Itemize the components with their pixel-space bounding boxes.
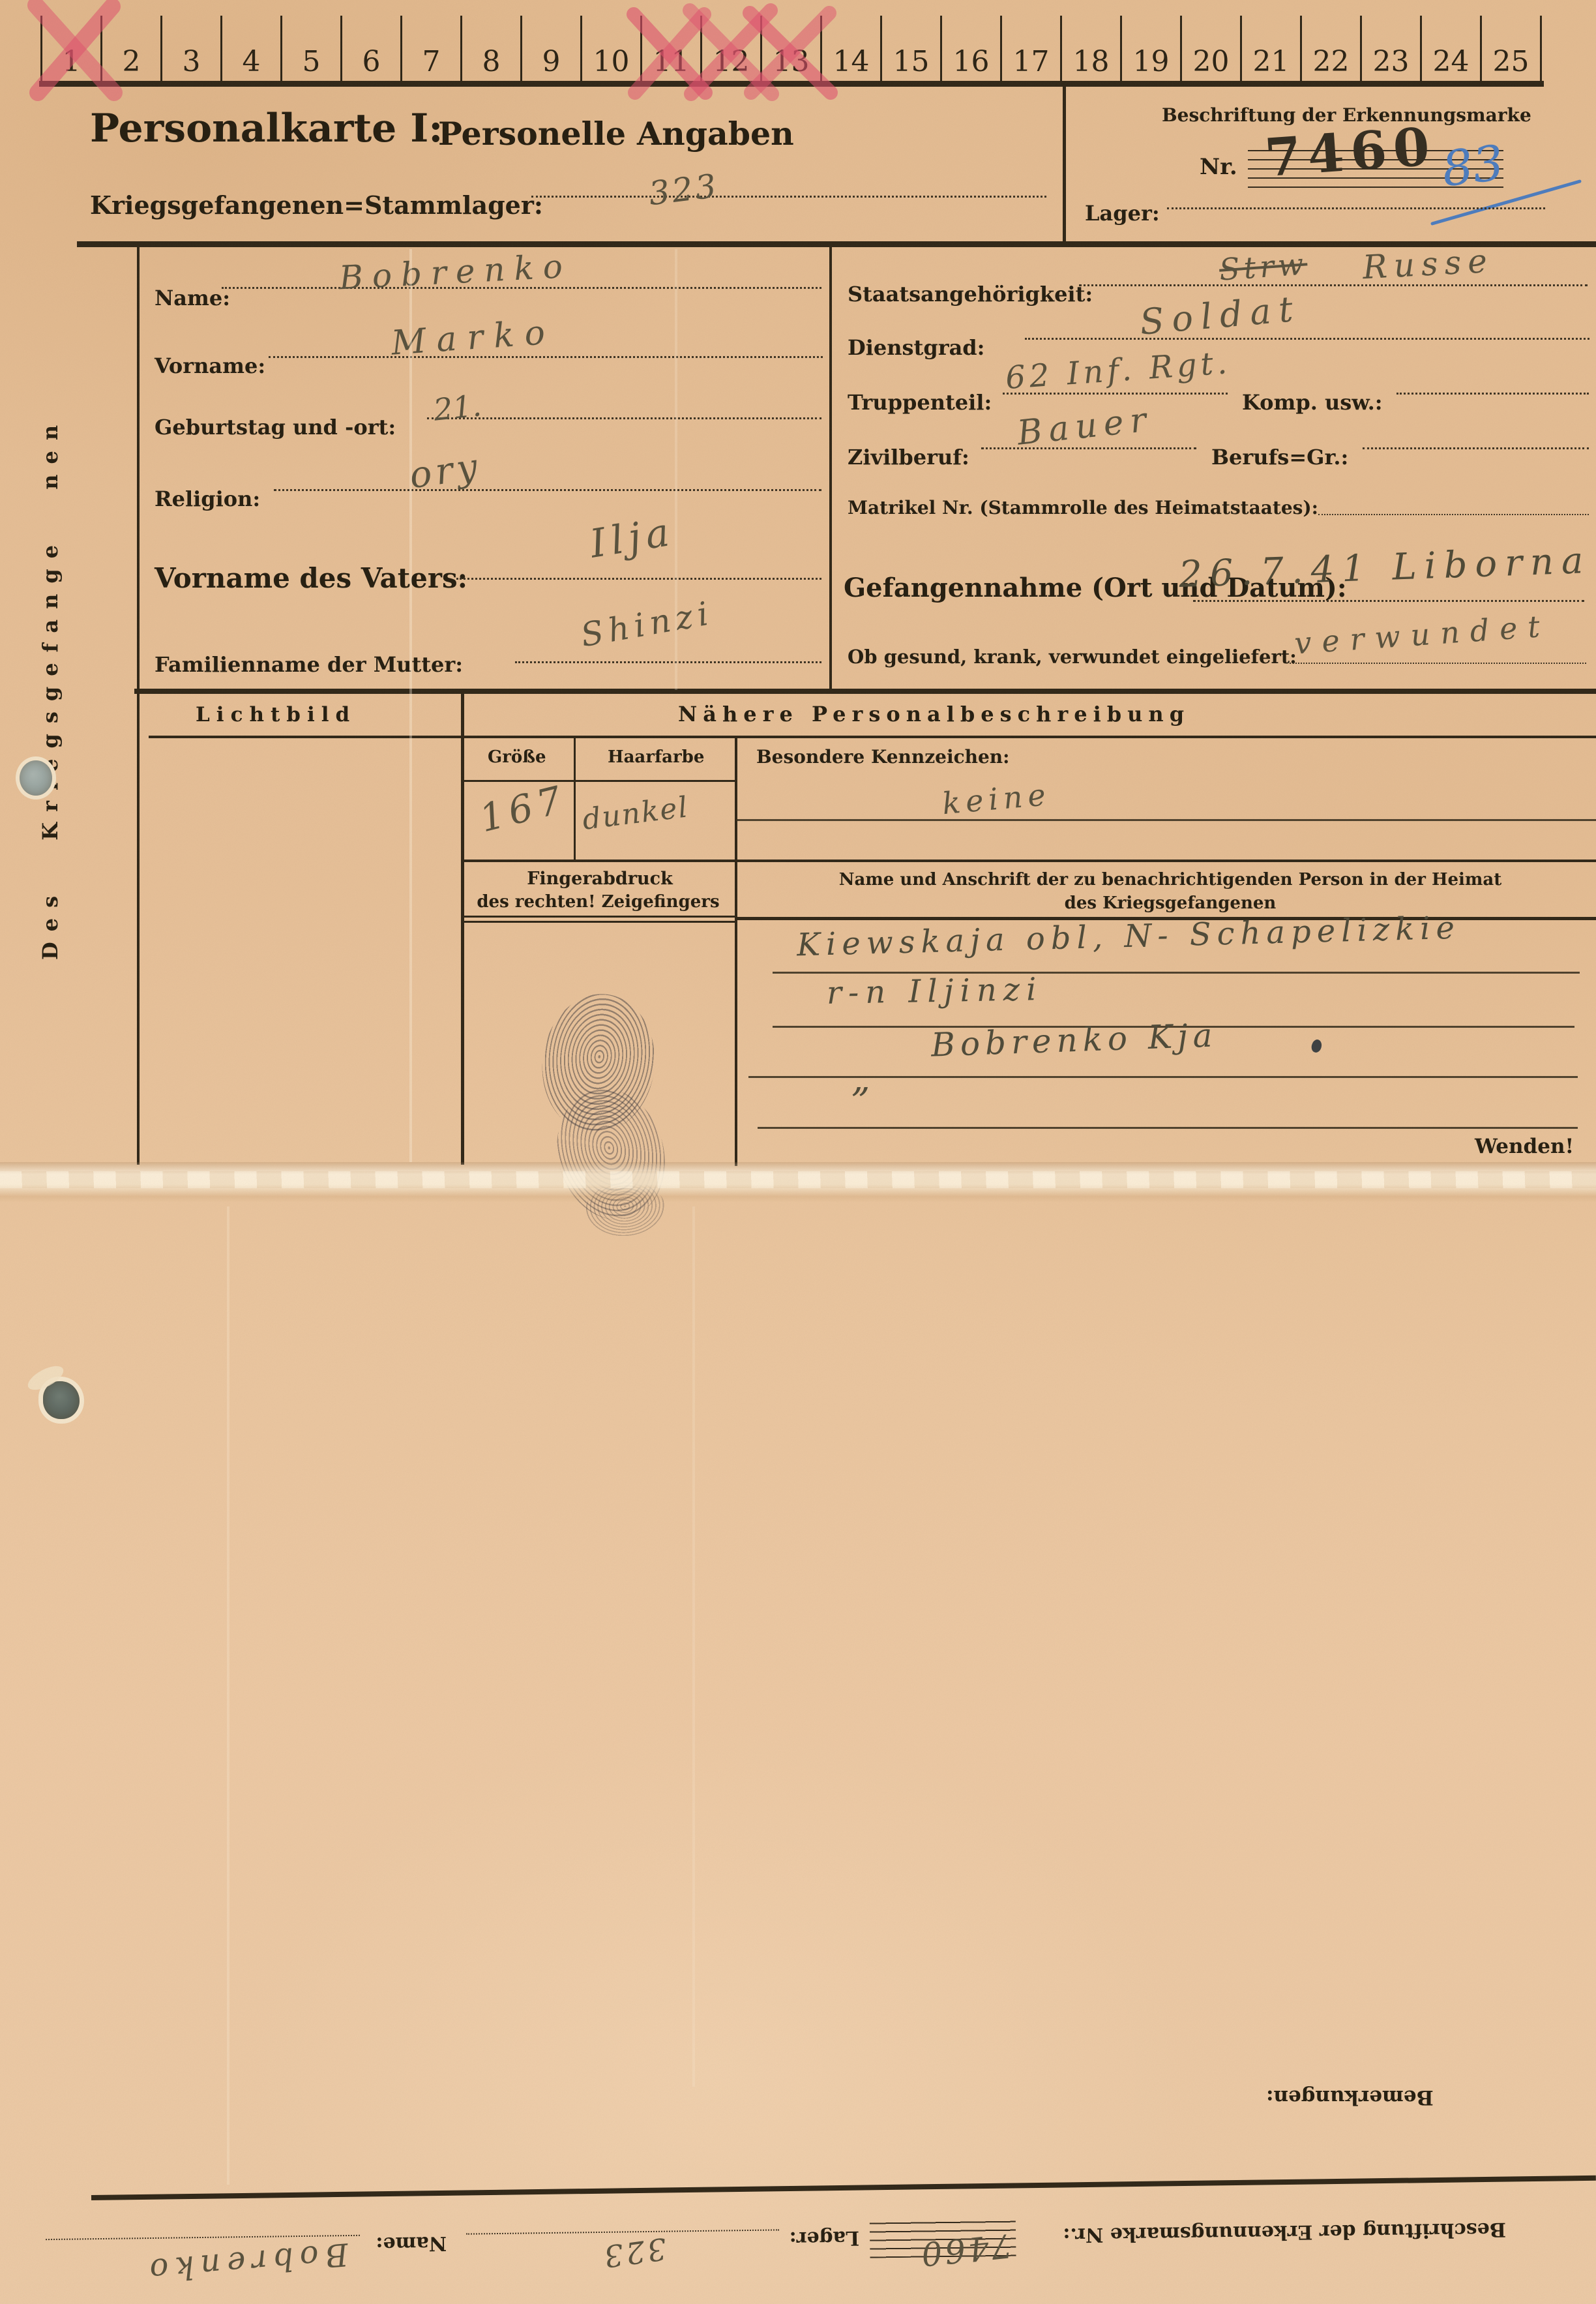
geburtstag-line xyxy=(427,417,821,419)
haarfarbe-value: dunkel xyxy=(581,790,691,837)
kennzeichen-header: Besondere Kennzeichen: xyxy=(756,746,1010,768)
staat-line xyxy=(1079,284,1588,286)
dienstgrad-label: Dienstgrad: xyxy=(848,335,984,360)
kennzeichen-value: keine xyxy=(941,777,1052,821)
vorname-line xyxy=(269,356,823,358)
bottom-lager-value: 323 xyxy=(599,2231,668,2275)
wenden-note: Wenden! xyxy=(1475,1135,1574,1158)
sidebar-vertical-text: Des Kriegsgefange nen xyxy=(38,425,66,960)
personalbeschreibung-header: Nähere Personalbeschreibung xyxy=(678,702,1190,726)
gefangennahme-line xyxy=(1193,600,1584,602)
notify-header-2: des Kriegsgefangenen xyxy=(750,893,1591,913)
geburtstag-label: Geburtstag und -ort: xyxy=(155,415,396,440)
gefangennahme-value: 26.7.41 Liborna xyxy=(1178,539,1591,596)
bottom-strip-rotated: Beschriftung der Erkennungsmarke Nr.: 74… xyxy=(38,2185,1558,2278)
lichtbild-header: Lichtbild xyxy=(196,703,356,726)
paper-streak xyxy=(227,1206,229,2185)
bottom-lager-label: Lager: xyxy=(789,2226,859,2250)
notify-quote-mark: „ xyxy=(851,1058,870,1100)
geburtstag-value: 21. xyxy=(432,387,482,427)
vorname-label: Vorname: xyxy=(155,353,265,378)
red-cross-marks xyxy=(0,0,1596,111)
marke-nr-label: Nr. xyxy=(1200,154,1237,180)
zivilberuf-line xyxy=(981,447,1196,449)
staat-value-struck: Strw xyxy=(1218,246,1308,287)
marke-lager-label: Lager: xyxy=(1085,201,1160,226)
name-value: Bobrenko xyxy=(338,247,572,297)
matrikel-label: Matrikel Nr. (Stammrolle des Heimatstaat… xyxy=(848,497,1318,518)
zustand-line xyxy=(1290,663,1586,664)
vater-line xyxy=(456,578,821,580)
matrikel-line xyxy=(1318,514,1589,515)
header-rule xyxy=(77,241,1596,247)
fold-crease-texture xyxy=(0,1171,1596,1188)
groesse-haarfarbe-divider xyxy=(574,736,576,861)
zustand-value: verwundet xyxy=(1293,608,1552,661)
dienstgrad-value: Soldat xyxy=(1138,288,1303,342)
blue-annotation-number: 83 xyxy=(1439,135,1507,198)
berufsgr-line xyxy=(1363,447,1589,449)
staat-value: Russe xyxy=(1362,242,1495,286)
mutter-value: Shinzi xyxy=(578,594,717,655)
groesse-header: Größe xyxy=(488,747,546,767)
marke-nr-value: 7460 xyxy=(1263,115,1438,188)
kennzeichen-line xyxy=(735,819,1596,821)
column-divider xyxy=(829,247,832,690)
notify-line-3 xyxy=(748,1076,1578,1078)
vater-label: Vorname des Vaters: xyxy=(155,562,467,594)
card-left-border xyxy=(137,244,140,1165)
haarfarbe-header: Haarfarbe xyxy=(608,747,704,767)
paper-streak xyxy=(692,1206,695,2087)
mutter-line xyxy=(515,661,821,663)
punch-hole-bottom xyxy=(43,1381,80,1419)
dienstgrad-line xyxy=(1025,338,1589,340)
zustand-label: Ob gesund, krank, verwundet eingeliefert… xyxy=(848,646,1297,668)
paper-grain-texture xyxy=(0,0,1596,2304)
fingerprint-header-2: des rechten! Zeigefingers xyxy=(469,892,727,912)
stammlager-line xyxy=(531,196,1046,198)
bottom-lager-line xyxy=(466,2229,779,2234)
bottom-name-value: Bobrenko xyxy=(142,2236,350,2289)
berufsgr-label: Berufs=Gr.: xyxy=(1211,445,1348,470)
notify-value-3: Bobrenko Kja xyxy=(930,1016,1218,1064)
komp-label: Komp. usw.: xyxy=(1242,390,1383,415)
fingerprint-underline-a xyxy=(464,916,735,918)
fingerprint-underline-b xyxy=(464,921,735,923)
fingerprint-header-1: Fingerabdruck xyxy=(479,869,720,889)
groesse-value: 167 xyxy=(475,777,571,841)
notify-line-4 xyxy=(758,1127,1578,1129)
punch-hole-top xyxy=(20,760,52,796)
komp-line xyxy=(1396,393,1589,395)
bottom-name-label: Name: xyxy=(376,2232,447,2255)
zivilberuf-value: Bauer xyxy=(1015,400,1154,453)
mutter-label: Familienname der Mutter: xyxy=(155,652,463,677)
groesse-underline xyxy=(464,780,735,782)
personalbeschreibung-underline xyxy=(462,736,1596,738)
card-title: Personalkarte I: xyxy=(90,106,443,151)
pow-personal-card-scan: 1 2 3 4 5 6 7 8 9 10 11 12 13 14 15 16 1… xyxy=(0,0,1596,2304)
religion-label: Religion: xyxy=(155,486,260,511)
name-label: Name: xyxy=(155,286,230,310)
table-top-rule xyxy=(134,689,1596,694)
truppenteil-value: 62 Inf. Rgt. xyxy=(1004,344,1232,396)
stammlager-value: 323 xyxy=(647,167,721,213)
lichtbild-underline xyxy=(149,736,462,738)
zivilberuf-label: Zivilberuf: xyxy=(848,445,969,470)
vater-value: Ilja xyxy=(587,509,677,567)
marke-box-border xyxy=(1063,85,1066,244)
bottom-beschriftung-label: Beschriftung der Erkennungsmarke Nr.: xyxy=(1063,2218,1506,2247)
ink-blot xyxy=(1310,1038,1323,1054)
kennzeichen-divider xyxy=(735,736,737,1166)
bemerkungen-label-rotated: Bemerkungen: xyxy=(1266,2086,1434,2109)
notify-value-2: r-n Iljinzi xyxy=(827,971,1043,1011)
staat-label: Staatsangehörigkeit: xyxy=(848,282,1093,307)
values-bottom-rule xyxy=(462,860,1596,862)
religion-line xyxy=(274,489,821,491)
truppenteil-label: Truppenteil: xyxy=(848,390,992,415)
card-subtitle: Personelle Angaben xyxy=(438,115,794,153)
marke-lager-line xyxy=(1167,207,1545,209)
notify-header-1: Name und Anschrift der zu benachrichtige… xyxy=(750,870,1591,890)
paper-streak xyxy=(675,249,677,690)
stammlager-label: Kriegsgefangenen=Stammlager: xyxy=(90,190,543,220)
paper-streak xyxy=(409,249,412,1162)
lichtbild-divider xyxy=(461,691,464,1165)
